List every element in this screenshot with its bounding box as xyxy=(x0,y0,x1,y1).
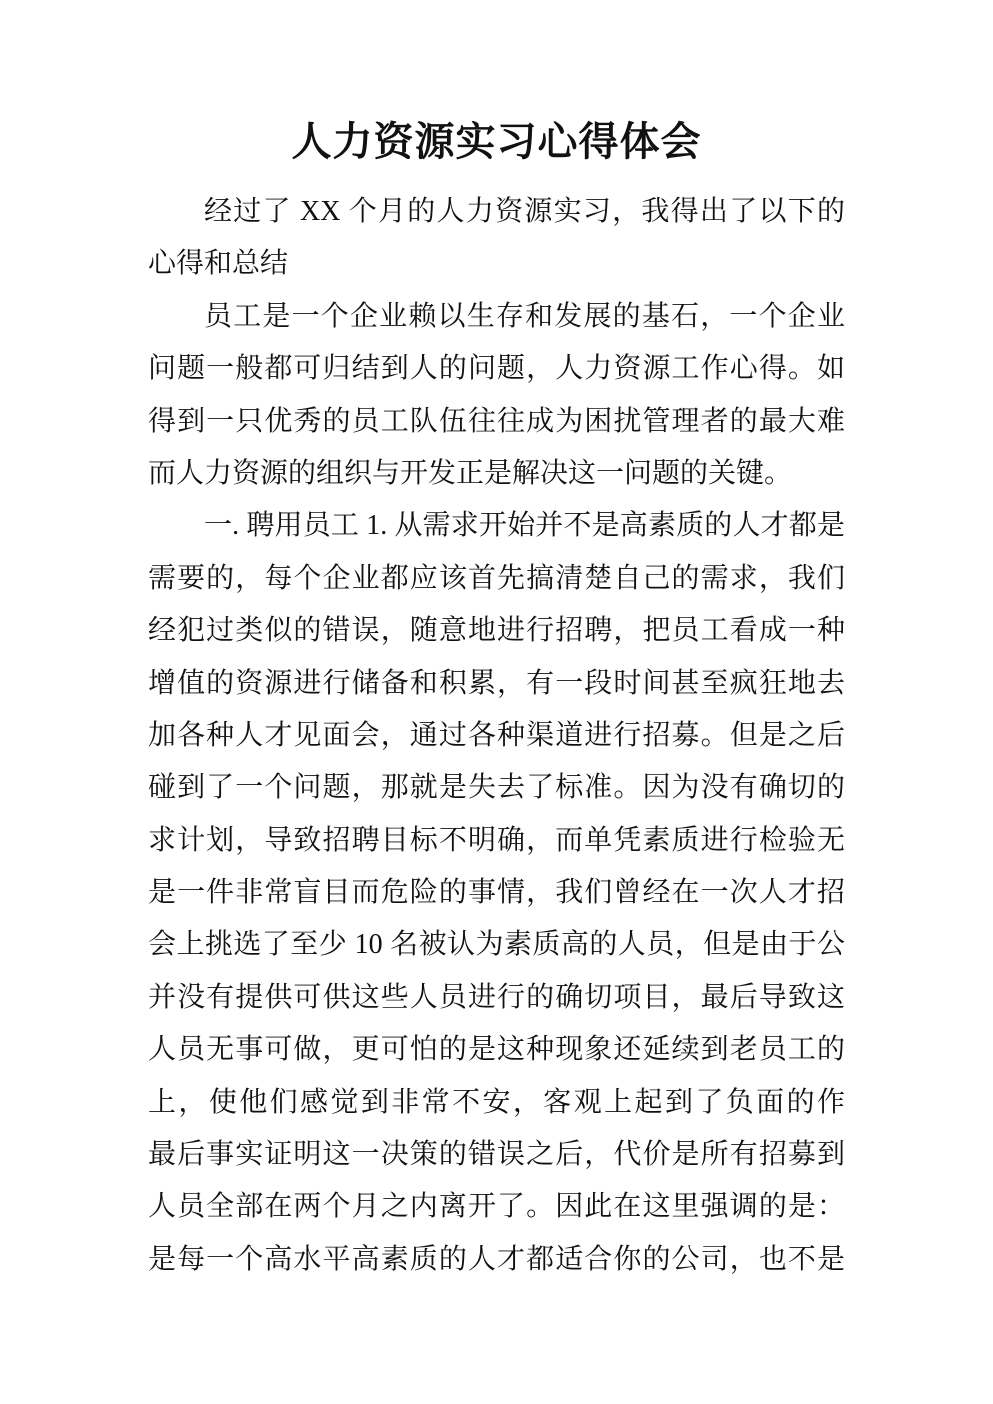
document-title: 人力资源实习心得体会 xyxy=(148,110,845,174)
paragraph: 员工是一个企业赖以生存和发展的基石，一个企业的问题一般都可归结到人的问题，人力资… xyxy=(148,291,845,501)
paragraph: 经过了 XX 个月的人力资源实习，我得出了以下的实习心得和总结 xyxy=(148,186,845,291)
text-line: 问题一般都可归结到人的问题，人力资源工作心得。如何 xyxy=(148,343,845,395)
text-line: 经过了 XX 个月的人力资源实习，我得出了以下的实习 xyxy=(148,186,845,238)
text-line: 最后事实证明这一决策的错误之后，代价是所有招募到的 xyxy=(148,1129,845,1181)
text-line: 加各种人才见面会，通过各种渠道进行招募。但是之后就 xyxy=(148,710,845,762)
paragraph: 一. 聘用员工 1. 从需求开始并不是高素质的人才都是你需要的，每个企业都应该首… xyxy=(148,500,845,1286)
text-line: 并没有提供可供这些人员进行的确切项目，最后导致这些 xyxy=(148,972,845,1024)
text-line: 一. 聘用员工 1. 从需求开始并不是高素质的人才都是你 xyxy=(148,500,845,552)
text-line: 会上挑选了至少 10 名被认为素质高的人员，但是由于公司 xyxy=(148,919,845,971)
text-line: 碰到了一个问题，那就是失去了标准。因为没有确切的需 xyxy=(148,762,845,814)
text-line: 人员无事可做，更可怕的是这种现象还延续到老员工的身 xyxy=(148,1024,845,1076)
text-line: 是一件非常盲目而危险的事情，我们曾经在一次人才招聘 xyxy=(148,867,845,919)
text-line: 心得和总结 xyxy=(148,238,845,290)
text-line: 求计划，导致招聘目标不明确，而单凭素质进行检验无疑 xyxy=(148,815,845,867)
text-line: 增值的资源进行储备和积累，有一段时间甚至疯狂地去参 xyxy=(148,658,845,710)
document-body: 经过了 XX 个月的人力资源实习，我得出了以下的实习心得和总结员工是一个企业赖以… xyxy=(148,186,845,1286)
text-line: 员工是一个企业赖以生存和发展的基石，一个企业的 xyxy=(148,291,845,343)
text-line: 人员全部在两个月之内离开了。因此在这里强调的是：不 xyxy=(148,1181,845,1233)
text-line: 是每一个高水平高素质的人才都适合你的公司，也不是任 xyxy=(148,1234,845,1286)
text-line: 得到一只优秀的员工队伍往往成为困扰管理者的最大难题。 xyxy=(148,396,845,448)
text-line: 上，使他们感觉到非常不安，客观上起到了负面的作用， xyxy=(148,1077,845,1129)
text-line: 需要的，每个企业都应该首先搞清楚自己的需求，我们曾 xyxy=(148,553,845,605)
document-page: 人力资源实习心得体会 经过了 XX 个月的人力资源实习，我得出了以下的实习心得和… xyxy=(0,0,993,1404)
text-line: 经犯过类似的错误，随意地进行招聘，把员工看成一种可 xyxy=(148,605,845,657)
text-line: 而人力资源的组织与开发正是解决这一问题的关键。 xyxy=(148,448,845,500)
